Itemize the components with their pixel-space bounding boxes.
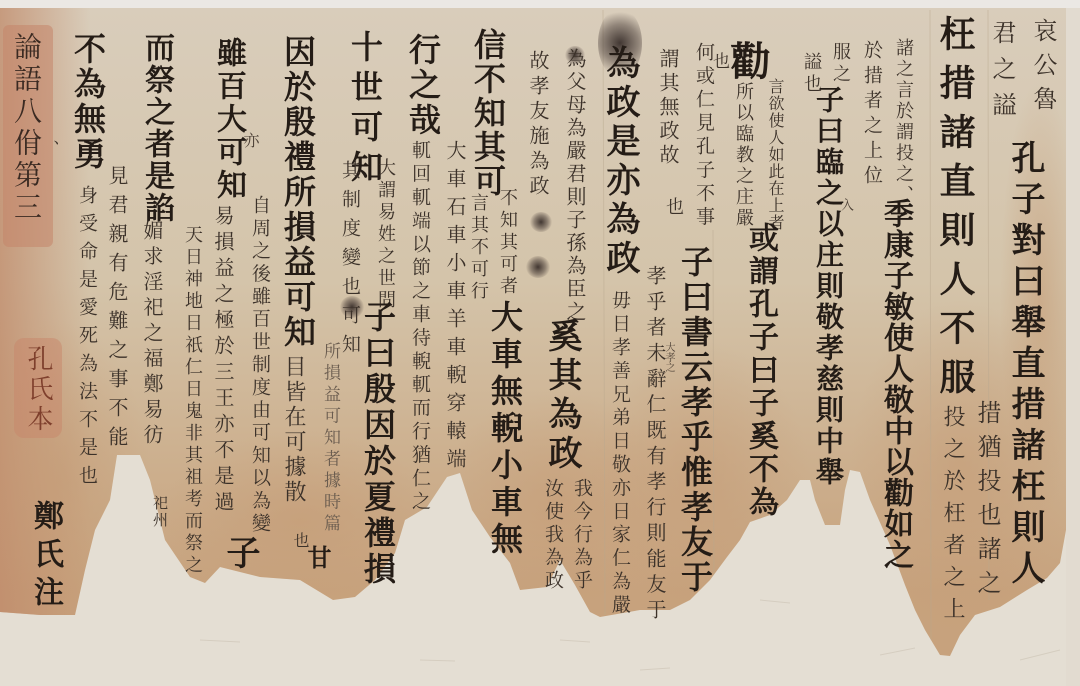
commentator-label: 鄭氏注 — [30, 500, 60, 614]
main-text-column: 不為無勇 — [72, 32, 104, 172]
commentary-right: 大車石車小車羊車輗穿轅端 — [445, 140, 465, 476]
main-text-column: 雖百大可知 — [213, 37, 243, 202]
commentary-right: 大謂易姓之世問 — [376, 158, 394, 312]
punctuation-mark: 、 — [42, 140, 58, 156]
commentary-right: 哀公魯 — [1031, 18, 1055, 120]
commentary-right: 為父母為嚴君則子孫為臣之 — [565, 48, 585, 324]
main-text-column: 行之哉 — [407, 33, 439, 138]
commentary-right: 自周之後雖百世制度由可知以為變 — [250, 195, 269, 536]
insertion-mark: 大孝之 — [663, 342, 673, 372]
commentary-left: 於措者之上位 — [862, 40, 881, 190]
commentary-end: 也 — [292, 532, 308, 548]
commentary-right: 天日神地日祇仁日鬼非其祖考而祭之 — [183, 225, 201, 577]
commentary-left: 毋日孝善兄弟日敬亦日家仁為嚴 — [610, 290, 629, 618]
main-text-column: 枉措諸直則人不服 — [937, 15, 973, 407]
main-text-column: 因於殷禮所損益可知 — [282, 35, 314, 350]
main-text-column: 勸 — [727, 40, 767, 80]
main-text-column: 為政是亦為政 — [603, 45, 637, 279]
top-mount-strip — [0, 0, 1080, 8]
main-text-column: 子曰書云孝乎惟孝友于 — [679, 245, 711, 595]
commentary-left: 軏回軏端以節之車待輗軏而行猶仁之 — [410, 140, 429, 514]
commentary-left: 其制度變也可知 — [340, 160, 359, 363]
commentary-right: 措猶投也諸之 — [975, 400, 999, 604]
manuscript-photo: 哀公魯 君之謚 孔子對曰舉直措諸枉則人 枉措諸直則人不服 措猶投也諸之 投之於枉… — [0, 0, 1080, 686]
commentary-right: 服之 — [831, 42, 849, 86]
commentary-right: 我今行為乎 — [572, 478, 591, 593]
commentary-right: 見君親有危難之事不能 — [107, 165, 127, 455]
commentary-left: 所以臨教之庄嚴 — [734, 82, 752, 229]
commentary: 所損益可知者據時篇 — [321, 342, 338, 536]
main-text-column: 大車無輗小車無 — [489, 300, 521, 559]
main-text-fragment: 甘 — [305, 545, 329, 569]
commentary: 目皆在可據散 — [282, 355, 304, 505]
edition-label: 孔氏本 — [25, 345, 51, 435]
commentary: 謂其無政故 — [658, 48, 678, 168]
ink-smudge — [526, 256, 550, 278]
commentary-right: 諸之言於謂投之、 — [894, 38, 912, 206]
right-mount-strip — [1066, 8, 1080, 686]
ink-smudge — [530, 212, 552, 232]
commentary-left: 媚求淫祀之福鄭易彷 — [142, 220, 162, 450]
main-text-column: 而祭之者是諂 — [141, 32, 171, 224]
commentary-left: 何或仁見孔子不事 — [694, 42, 713, 230]
commentary-right: 孝乎者未辭仁既有孝行則能友于 — [645, 265, 665, 625]
main-text-column: 信不知其可 — [472, 28, 504, 198]
commentary-left: 君之謚 — [990, 20, 1014, 128]
commentary-left: 身受命是愛死為法不是也 — [77, 185, 96, 493]
commentary-left: 投之於枉者之上 — [941, 405, 963, 629]
commentary-left: 故孝友施為政 — [528, 50, 548, 200]
main-text-column: 或謂孔子曰子奚不為 — [745, 222, 775, 519]
main-text-fragment: 子 — [223, 535, 257, 569]
main-text-column: 子曰臨之以庄則敬孝慈則中舉 — [814, 85, 842, 488]
commentary-right: 不知其可者 — [498, 188, 516, 298]
insertion-mark: 入 — [839, 198, 852, 211]
chapter-title: 論語八佾第三 — [12, 32, 40, 224]
main-text-column: 孔子對曰舉直措諸枉則人 — [1008, 140, 1042, 591]
main-text-column: 季康子敏使人敬中以勸如之 — [880, 198, 910, 570]
main-text-column: 子曰殷因於夏禮損 — [362, 300, 394, 588]
commentary-end: 祀州 — [152, 495, 167, 529]
main-text-column: 奚其為政 — [545, 318, 579, 474]
commentary-right: 言欲使人如此在上者 — [767, 78, 783, 231]
commentary-left: 易損益之極於三王亦不是過 — [213, 205, 233, 517]
commentary-end: 也 — [664, 197, 682, 215]
commentary-left: 言其不可行 — [469, 193, 487, 303]
commentary-left: 汝使我為政 — [543, 478, 562, 593]
insertion-mark: 亦 — [242, 132, 258, 148]
